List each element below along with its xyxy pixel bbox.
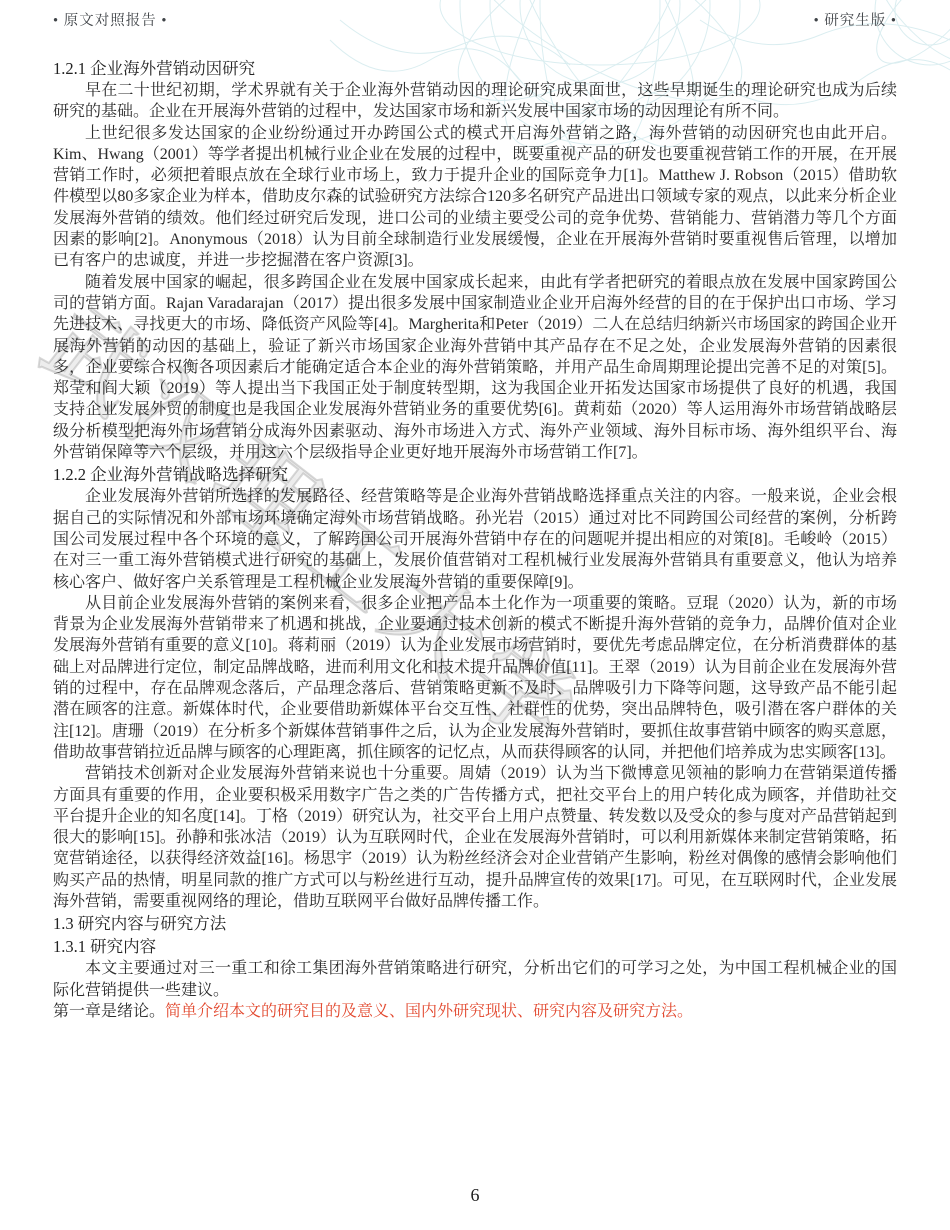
header-edition: • 研究生版 • [814, 9, 897, 30]
section-heading-1-3-1: 1.3.1 研究内容 [53, 935, 897, 958]
paragraph: 本文主要通过对三一重工和徐工集团海外营销策略进行研究，分析出它们的可学习之处，为… [53, 958, 897, 1001]
paragraph: 营销技术创新对企业发展海外营销来说也十分重要。周婧（2019）认为当下微博意见领… [53, 763, 897, 912]
section-heading-1-2-1: 1.2.1 企业海外营销动因研究 [53, 57, 897, 80]
page-number: 6 [0, 1185, 950, 1206]
chapter-summary-line: 第一章是绪论。简单介绍本文的研究目的及意义、国内外研究现状、研究内容及研究方法。 [53, 1001, 897, 1022]
paragraph: 早在二十世纪初期，学术界就有关于企业海外营销动因的理论研究成果面世，这些早期诞生… [53, 80, 897, 123]
chapter-summary-prefix: 第一章是绪论。 [53, 1003, 165, 1020]
paragraph: 从目前企业发展海外营销的案例来看，很多企业把产品本土化作为一项重要的策略。豆琨（… [53, 593, 897, 763]
header-report-type: • 原文对照报告 • [53, 9, 167, 30]
section-heading-1-2-2: 1.2.2 企业海外营销战略选择研究 [53, 463, 897, 486]
paragraph: 上世纪很多发达国家的企业纷纷通过开办跨国公式的模式开启海外营销之路，海外营销的动… [53, 123, 897, 272]
closing-highlight: 简单介绍本文的研究目的及意义、国内外研究现状、研究内容及研究方法。 [165, 1003, 693, 1020]
section-heading-1-3: 1.3 研究内容与研究方法 [53, 912, 897, 935]
document-body: 1.2.1 企业海外营销动因研究 早在二十世纪初期，学术界就有关于企业海外营销动… [53, 57, 897, 1022]
page-header: • 原文对照报告 • • 研究生版 • [53, 9, 897, 30]
report-page: 武汉理工大学 • 原文对照报告 • • 研究生版 • 1.2.1 企业海外营销动… [0, 0, 950, 1230]
paragraph: 企业发展海外营销所选择的发展路径、经营策略等是企业海外营销战略选择重点关注的内容… [53, 486, 897, 592]
paragraph: 随着发展中国家的崛起，很多跨国企业在发展中国家成长起来，由此有学者把研究的着眼点… [53, 272, 897, 464]
